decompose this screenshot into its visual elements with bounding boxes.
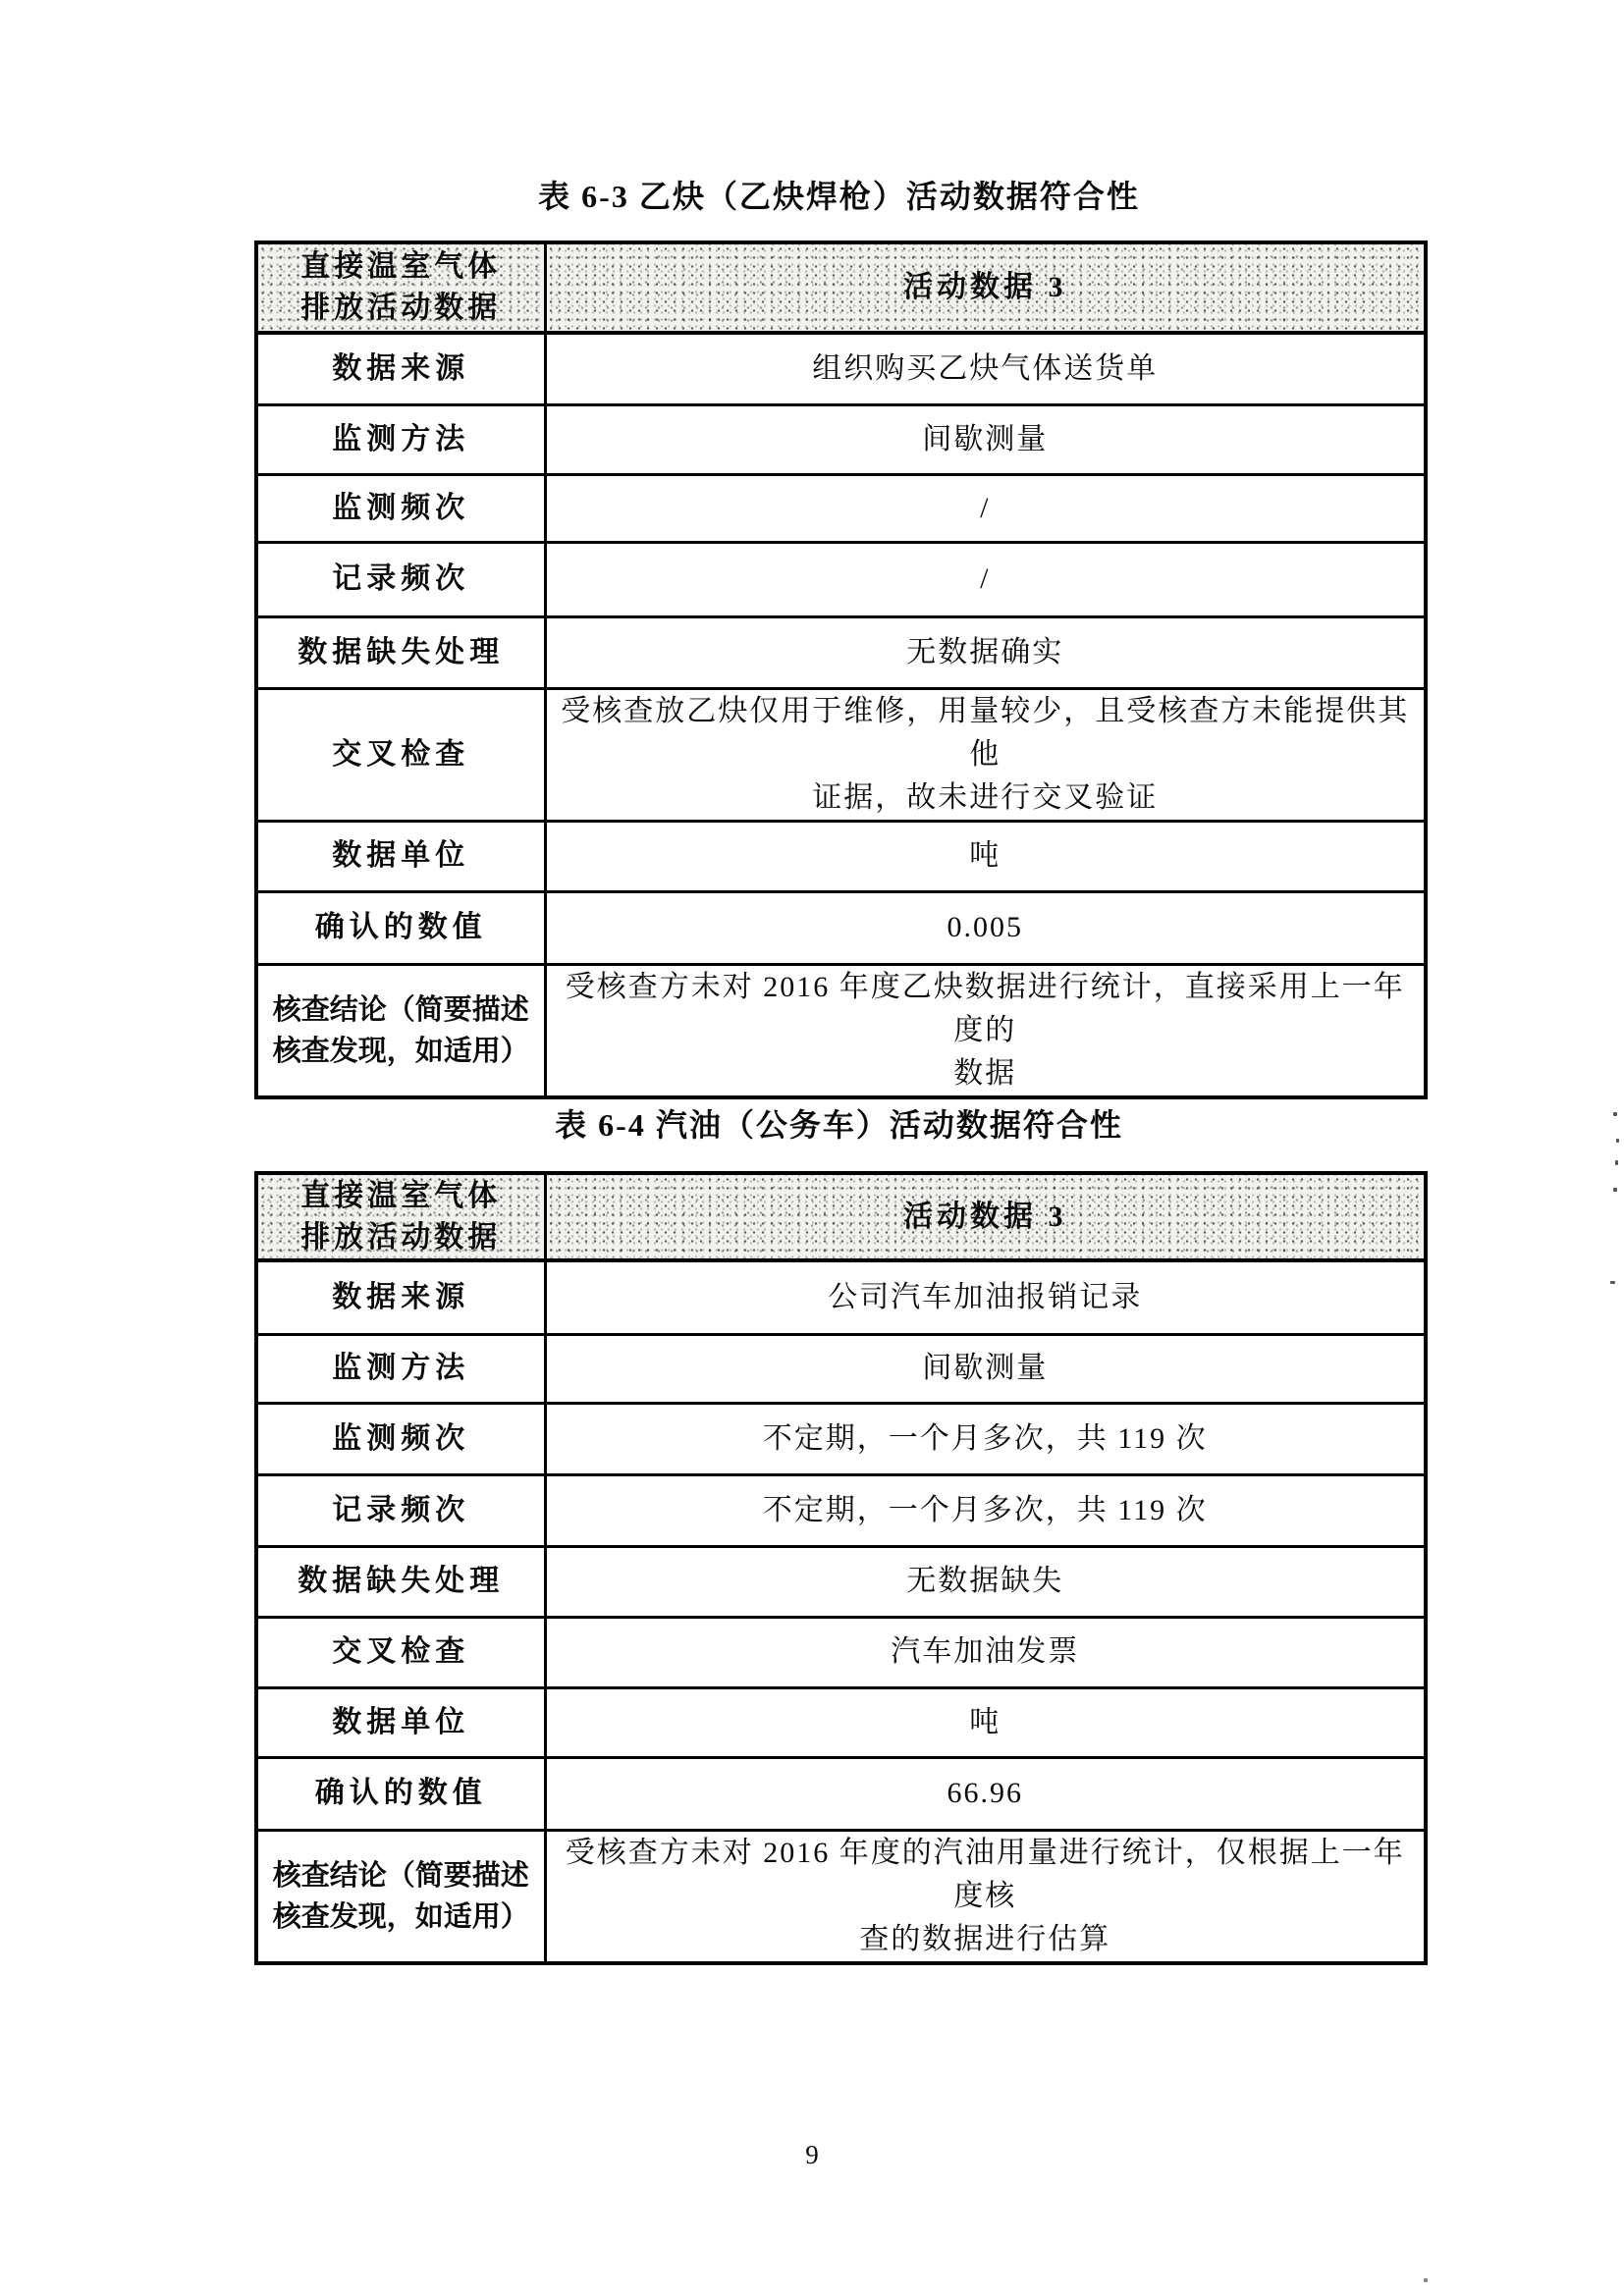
table-row: 确认的数值 66.96 xyxy=(256,1757,1426,1830)
table-6-3-title: 表 6-3 乙炔（乙炔焊枪）活动数据符合性 xyxy=(254,177,1424,216)
table-row: 数据来源 公司汽车加油报销记录 xyxy=(256,1260,1426,1334)
row-value-cell: 受核查放乙炔仅用于维修，用量较少，且受核查方未能提供其他 证据，故未进行交叉验证 xyxy=(545,688,1426,821)
row-value-cell: 公司汽车加油报销记录 xyxy=(545,1260,1426,1334)
header-cell-activity-data-label: 直接温室气体 排放活动数据 xyxy=(256,242,545,333)
row-label-cell: 确认的数值 xyxy=(256,891,545,964)
table-row: 确认的数值 0.005 xyxy=(256,891,1426,964)
table-header-row: 直接温室气体 排放活动数据 活动数据 3 xyxy=(256,242,1426,333)
table-row: 数据单位 吨 xyxy=(256,1687,1426,1757)
row-label-cell: 数据来源 xyxy=(256,1260,545,1334)
table-row: 数据缺失处理 无数据缺失 xyxy=(256,1546,1426,1617)
row-value-cell: 受核查方未对 2016 年度乙炔数据进行统计，直接采用上一年度的 数据 xyxy=(545,964,1426,1097)
scan-speck xyxy=(1616,1139,1619,1143)
row-label-cell: 数据缺失处理 xyxy=(256,616,545,688)
row-value-cell: 间歇测量 xyxy=(545,404,1426,474)
table-row: 记录频次 不定期，一个月多次，共 119 次 xyxy=(256,1474,1426,1546)
row-label-cell: 核查结论（简要描述 核查发现，如适用） xyxy=(256,1830,545,1963)
row-value-cell: 无数据缺失 xyxy=(545,1546,1426,1617)
row-value-cell: 66.96 xyxy=(545,1757,1426,1830)
row-value-cell: 间歇测量 xyxy=(545,1334,1426,1403)
table-row: 监测方法 间歇测量 xyxy=(256,404,1426,474)
row-label-cell: 确认的数值 xyxy=(256,1757,545,1830)
row-label-cell: 记录频次 xyxy=(256,1474,545,1546)
table-6-4-title: 表 6-4 汽油（公务车）活动数据符合性 xyxy=(254,1105,1424,1145)
row-value-cell: 不定期，一个月多次，共 119 次 xyxy=(545,1403,1426,1474)
row-label-cell: 监测频次 xyxy=(256,1403,545,1474)
row-label-cell: 数据缺失处理 xyxy=(256,1546,545,1617)
scan-speck xyxy=(1613,1188,1617,1192)
table-header-row: 直接温室气体 排放活动数据 活动数据 3 xyxy=(256,1173,1426,1260)
row-value-cell: 无数据确实 xyxy=(545,616,1426,688)
table-6-4: 直接温室气体 排放活动数据 活动数据 3 数据来源 公司汽车加油报销记录 监测方… xyxy=(254,1171,1428,1965)
row-value-cell: 受核查方未对 2016 年度的汽油用量进行统计，仅根据上一年度核 查的数据进行估… xyxy=(545,1830,1426,1963)
page-number: 9 xyxy=(0,2140,1624,2170)
row-label-cell: 监测方法 xyxy=(256,1334,545,1403)
table-row: 核查结论（简要描述 核查发现，如适用） 受核查方未对 2016 年度乙炔数据进行… xyxy=(256,964,1426,1097)
table-row: 监测方法 间歇测量 xyxy=(256,1334,1426,1403)
row-value-cell: 吨 xyxy=(545,1687,1426,1757)
scan-speck xyxy=(1613,1112,1617,1116)
table-6-3: 直接温室气体 排放活动数据 活动数据 3 数据来源 组织购买乙炔气体送货单 监测… xyxy=(254,240,1428,1099)
row-label-cell: 交叉检查 xyxy=(256,1617,545,1687)
header-cell-activity-data-3: 活动数据 3 xyxy=(545,242,1426,333)
scan-speck xyxy=(1615,1160,1618,1165)
row-value-cell: / xyxy=(545,542,1426,616)
row-label-cell: 数据单位 xyxy=(256,821,545,891)
table-row: 数据来源 组织购买乙炔气体送货单 xyxy=(256,333,1426,404)
row-value-cell: 组织购买乙炔气体送货单 xyxy=(545,333,1426,404)
table-row: 交叉检查 汽车加油发票 xyxy=(256,1617,1426,1687)
row-label-cell: 数据来源 xyxy=(256,333,545,404)
row-value-cell: 吨 xyxy=(545,821,1426,891)
table-row: 交叉检查 受核查放乙炔仅用于维修，用量较少，且受核查方未能提供其他 证据，故未进… xyxy=(256,688,1426,821)
table-row: 数据缺失处理 无数据确实 xyxy=(256,616,1426,688)
row-label-cell: 监测频次 xyxy=(256,474,545,542)
row-label-cell: 交叉检查 xyxy=(256,688,545,821)
table-row: 数据单位 吨 xyxy=(256,821,1426,891)
scan-speck xyxy=(1424,2278,1428,2282)
row-label-cell: 核查结论（简要描述 核查发现，如适用） xyxy=(256,964,545,1097)
header-cell-activity-data-3: 活动数据 3 xyxy=(545,1173,1426,1260)
row-label-cell: 记录频次 xyxy=(256,542,545,616)
row-value-cell: 不定期，一个月多次，共 119 次 xyxy=(545,1474,1426,1546)
table-row: 记录频次 / xyxy=(256,542,1426,616)
header-cell-activity-data-label: 直接温室气体 排放活动数据 xyxy=(256,1173,545,1260)
table-row: 监测频次 不定期，一个月多次，共 119 次 xyxy=(256,1403,1426,1474)
row-value-cell: 0.005 xyxy=(545,891,1426,964)
document-page: 表 6-3 乙炔（乙炔焊枪）活动数据符合性 直接温室气体 排放活动数据 活动数据… xyxy=(0,0,1624,2296)
row-value-cell: 汽车加油发票 xyxy=(545,1617,1426,1687)
row-value-cell: / xyxy=(545,474,1426,542)
row-label-cell: 监测方法 xyxy=(256,404,545,474)
table-row: 监测频次 / xyxy=(256,474,1426,542)
table-row: 核查结论（简要描述 核查发现，如适用） 受核查方未对 2016 年度的汽油用量进… xyxy=(256,1830,1426,1963)
scan-speck xyxy=(1610,1281,1615,1284)
row-label-cell: 数据单位 xyxy=(256,1687,545,1757)
